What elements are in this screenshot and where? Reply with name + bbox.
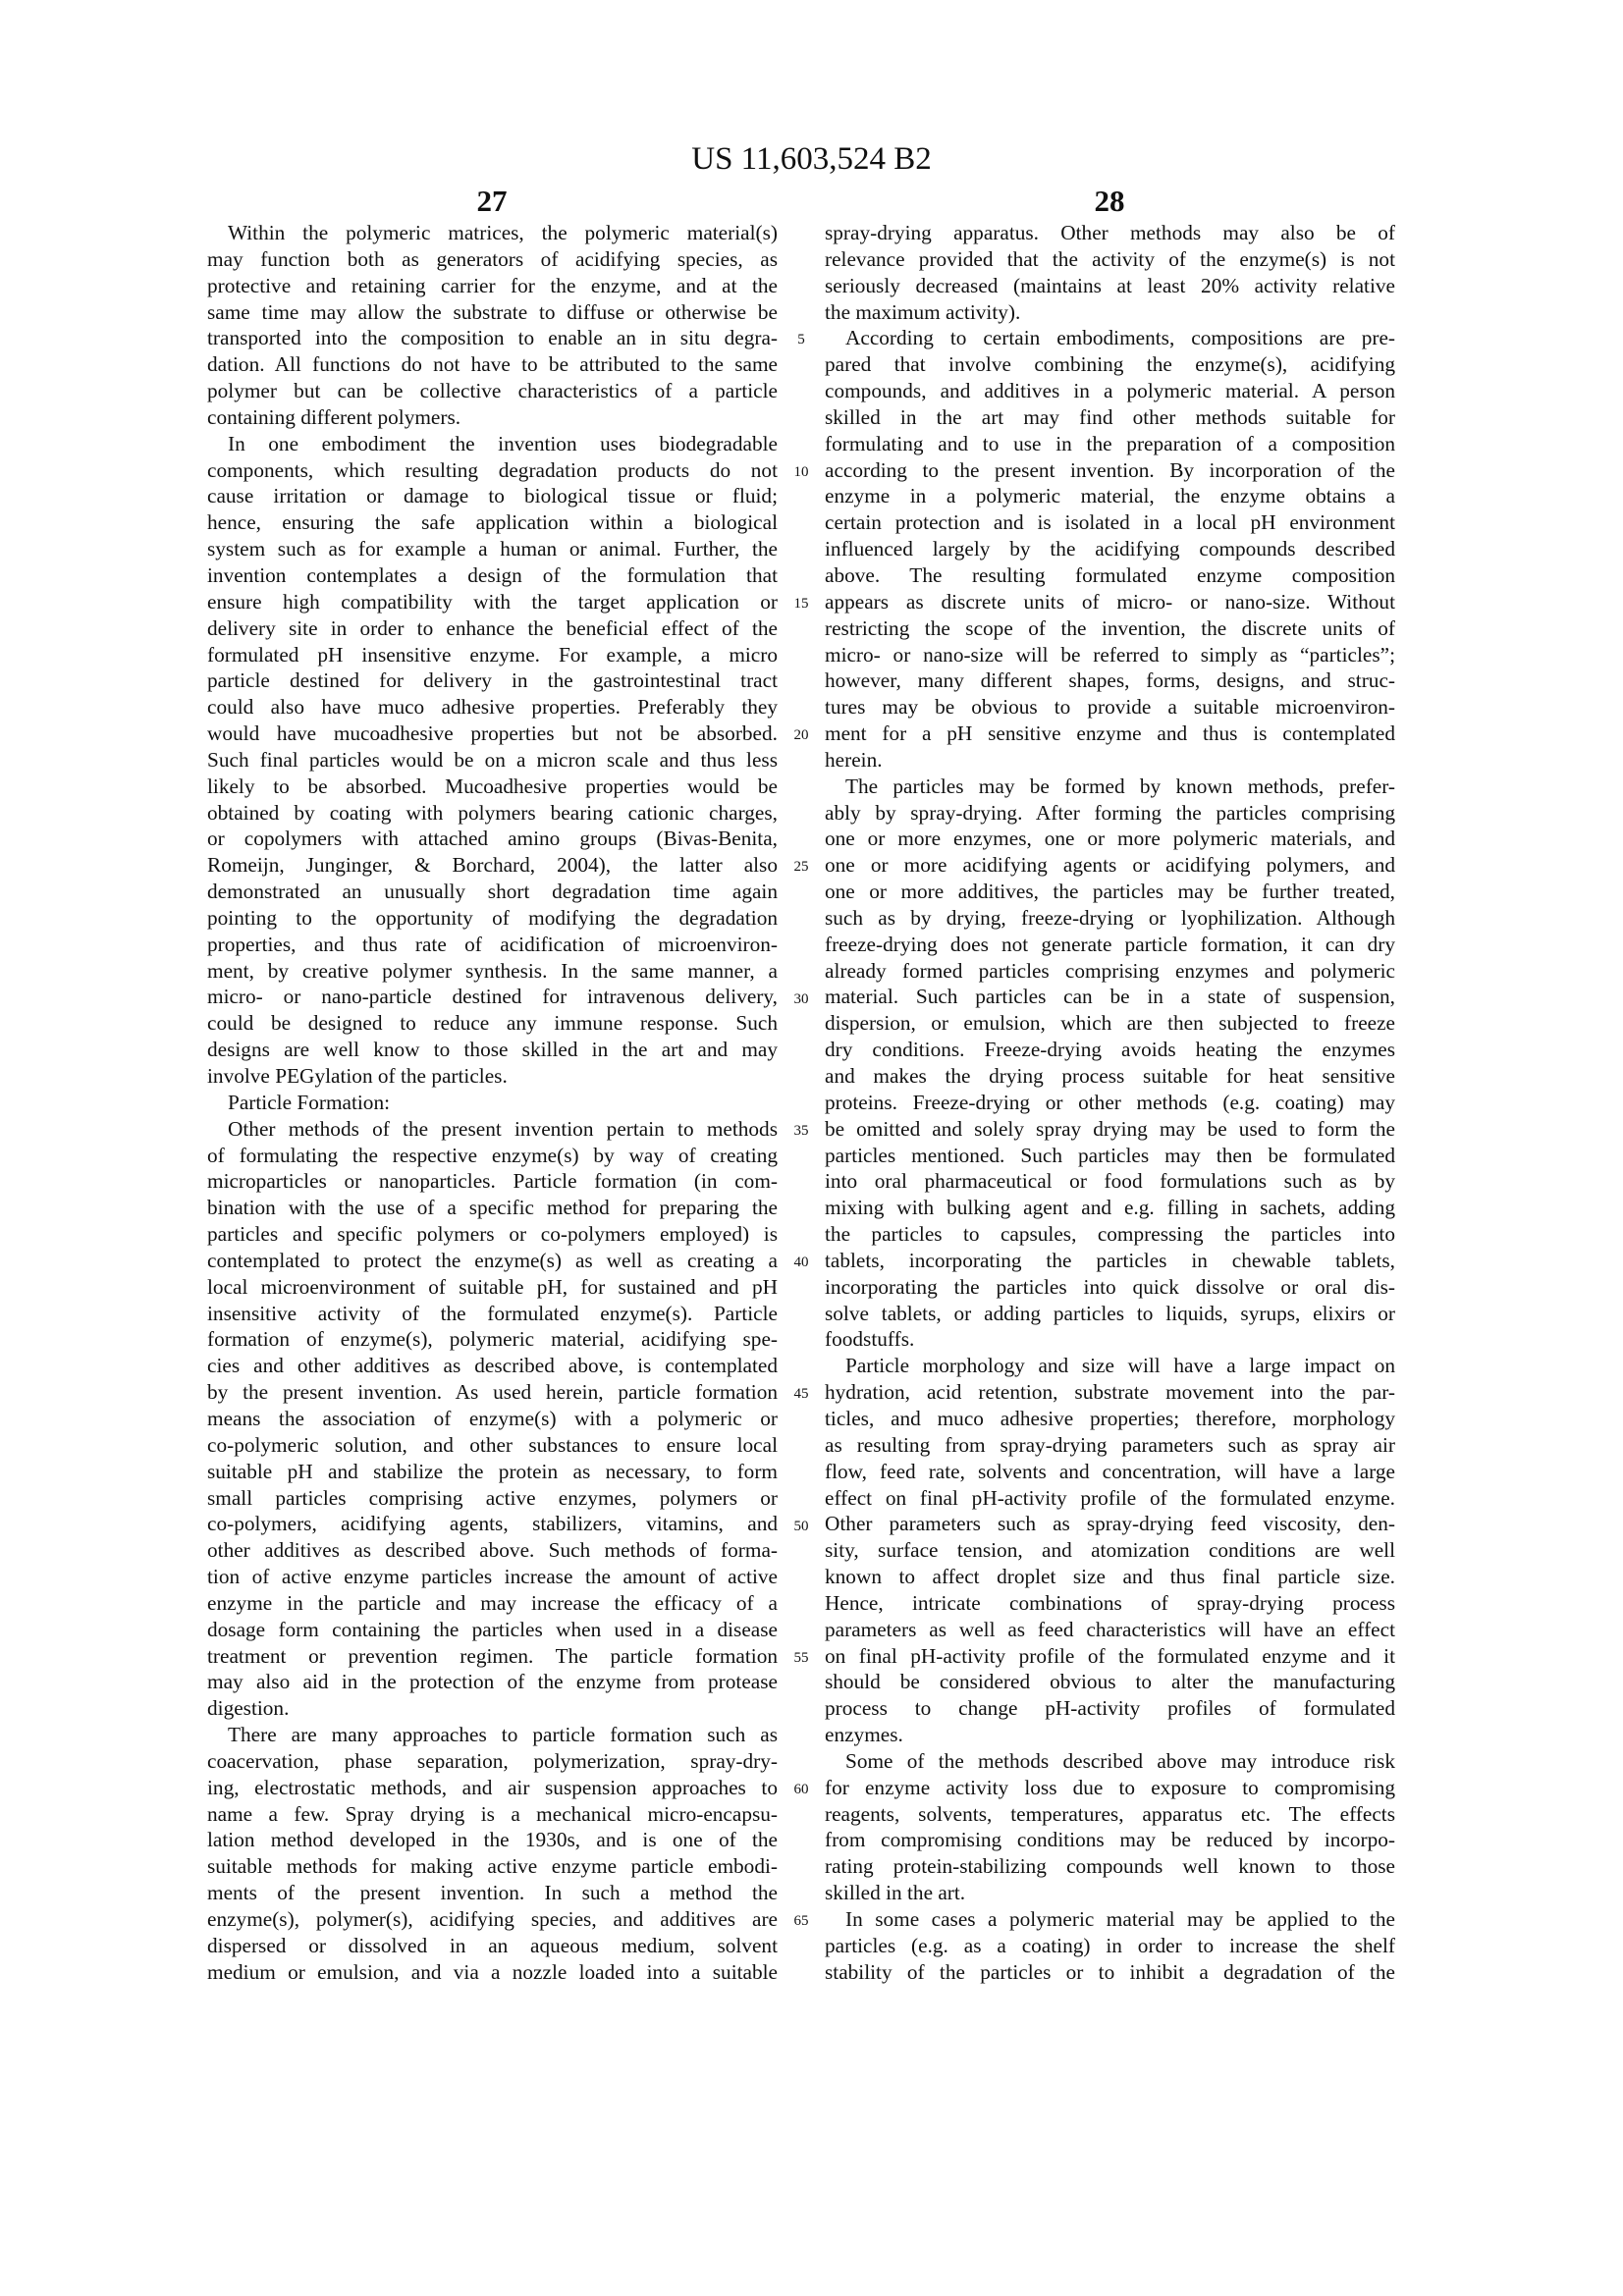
text-line: dispersed or dissolved in an aqueous med… — [207, 1933, 778, 1959]
text-line: tablets, incorporating the particles in … — [825, 1248, 1395, 1274]
text-line: Other parameters such as spray-drying fe… — [825, 1511, 1395, 1537]
column-number-left: 27 — [394, 183, 590, 220]
text-line: known to affect droplet size and thus fi… — [825, 1564, 1395, 1590]
text-line: treatment or prevention regimen. The par… — [207, 1643, 778, 1670]
text-line: demonstrated an unusually short degradat… — [207, 879, 778, 905]
text-line: In one embodiment the invention uses bio… — [207, 431, 778, 457]
text-line: means the association of enzyme(s) with … — [207, 1406, 778, 1432]
text-line: The particles may be formed by known met… — [825, 774, 1395, 800]
text-line: on final pH-activity profile of the form… — [825, 1643, 1395, 1670]
text-line: ticles, and muco adhesive properties; th… — [825, 1406, 1395, 1432]
text-line: skilled in the art may find other method… — [825, 404, 1395, 431]
text-line: obtained by coating with polymers bearin… — [207, 800, 778, 827]
text-line: according to the present invention. By i… — [825, 457, 1395, 484]
text-line: be omitted and solely spray drying may b… — [825, 1116, 1395, 1143]
column-number-right: 28 — [1011, 183, 1208, 220]
text-line: enzyme in a polymeric material, the enzy… — [825, 483, 1395, 509]
text-line: Romeijn, Junginger, & Borchard, 2004), t… — [207, 852, 778, 879]
text-line: reagents, solvents, temperatures, appara… — [825, 1801, 1395, 1828]
line-number: 20 — [782, 722, 821, 749]
text-line: delivery site in order to enhance the be… — [207, 615, 778, 642]
text-line: dation. All functions do not have to be … — [207, 351, 778, 378]
line-number: 10 — [782, 459, 821, 486]
text-line: local microenvironment of suitable pH, f… — [207, 1274, 778, 1301]
text-line: dry conditions. Freeze-drying avoids hea… — [825, 1037, 1395, 1063]
text-line: parameters as well as feed characteristi… — [825, 1617, 1395, 1643]
line-number: 50 — [782, 1514, 821, 1540]
text-line: same time may allow the substrate to dif… — [207, 299, 778, 326]
text-line: pared that involve combining the enzyme(… — [825, 351, 1395, 378]
text-line: hydration, acid retention, substrate mov… — [825, 1379, 1395, 1406]
text-line: rating protein-stabilizing compounds wel… — [825, 1853, 1395, 1880]
text-line: protective and retaining carrier for the… — [207, 273, 778, 299]
text-line: compounds, and additives in a polymeric … — [825, 378, 1395, 404]
text-line: skilled in the art. — [825, 1880, 1395, 1906]
text-line: particles (e.g. as a coating) in order t… — [825, 1933, 1395, 1959]
text-line: cies and other additives as described ab… — [207, 1353, 778, 1379]
text-line: should be considered obvious to alter th… — [825, 1669, 1395, 1695]
text-line: by the present invention. As used herein… — [207, 1379, 778, 1406]
line-number: 55 — [782, 1645, 821, 1672]
text-line: the maximum activity). — [825, 299, 1395, 326]
text-line: suitable methods for making active enzym… — [207, 1853, 778, 1880]
text-line: of formulating the respective enzyme(s) … — [207, 1143, 778, 1169]
text-line: may also aid in the protection of the en… — [207, 1669, 778, 1695]
line-number: 25 — [782, 854, 821, 881]
text-line: ing, electrostatic methods, and air susp… — [207, 1775, 778, 1801]
text-line: likely to be absorbed. Mucoadhesive prop… — [207, 774, 778, 800]
text-line: tures may be obvious to provide a suitab… — [825, 694, 1395, 721]
text-line: system such as for example a human or an… — [207, 536, 778, 562]
text-line: spray-drying apparatus. Other methods ma… — [825, 220, 1395, 246]
right-text-column: spray-drying apparatus. Other methods ma… — [825, 220, 1395, 1986]
text-line: formulated pH insensitive enzyme. For ex… — [207, 642, 778, 668]
text-line: formation of enzyme(s), polymeric materi… — [207, 1326, 778, 1353]
text-line: Such final particles would be on a micro… — [207, 747, 778, 774]
text-line: process to change pH-activity profiles o… — [825, 1695, 1395, 1722]
text-line: According to certain embodiments, compos… — [825, 325, 1395, 351]
text-line: components, which resulting degradation … — [207, 457, 778, 484]
text-line: flow, feed rate, solvents and concentrat… — [825, 1459, 1395, 1485]
text-line: contemplated to protect the enzyme(s) as… — [207, 1248, 778, 1274]
text-line: In some cases a polymeric material may b… — [825, 1906, 1395, 1933]
line-number: 5 — [782, 327, 821, 353]
text-line: enzyme in the particle and may increase … — [207, 1590, 778, 1617]
text-line: appears as discrete units of micro- or n… — [825, 589, 1395, 615]
text-line: relevance provided that the activity of … — [825, 246, 1395, 273]
text-line: dosage form containing the particles whe… — [207, 1617, 778, 1643]
line-number: 40 — [782, 1250, 821, 1276]
text-line: Some of the methods described above may … — [825, 1748, 1395, 1775]
text-line: foodstuffs. — [825, 1326, 1395, 1353]
text-line: There are many approaches to particle fo… — [207, 1722, 778, 1748]
text-line: hence, ensuring the safe application wit… — [207, 509, 778, 536]
text-line: designs are well know to those skilled i… — [207, 1037, 778, 1063]
text-line: stability of the particles or to inhibit… — [825, 1959, 1395, 1986]
text-line: one or more acidifying agents or acidify… — [825, 852, 1395, 879]
text-line: co-polymeric solution, and other substan… — [207, 1432, 778, 1459]
text-line: sity, surface tension, and atomization c… — [825, 1537, 1395, 1564]
text-line: influenced largely by the acidifying com… — [825, 536, 1395, 562]
text-line: tion of active enzyme particles increase… — [207, 1564, 778, 1590]
text-line: proteins. Freeze-drying or other methods… — [825, 1090, 1395, 1116]
text-line: coacervation, phase separation, polymeri… — [207, 1748, 778, 1775]
text-line: bination with the use of a specific meth… — [207, 1195, 778, 1221]
text-line: such as by drying, freeze-drying or lyop… — [825, 905, 1395, 932]
text-line: containing different polymers. — [207, 404, 778, 431]
text-line: medium or emulsion, and via a nozzle loa… — [207, 1959, 778, 1986]
patent-number-header: US 11,603,524 B2 — [0, 139, 1623, 179]
text-line: involve PEGylation of the particles. — [207, 1063, 778, 1090]
text-line: ments of the present invention. In such … — [207, 1880, 778, 1906]
text-line: ensure high compatibility with the targe… — [207, 589, 778, 615]
text-line: enzyme(s), polymer(s), acidifying specie… — [207, 1906, 778, 1933]
text-line: as resulting from spray-drying parameter… — [825, 1432, 1395, 1459]
line-number: 35 — [782, 1118, 821, 1145]
text-line: properties, and thus rate of acidificati… — [207, 932, 778, 958]
text-line: insensitive activity of the formulated e… — [207, 1301, 778, 1327]
text-line: solve tablets, or adding particles to li… — [825, 1301, 1395, 1327]
text-line: particle destined for delivery in the ga… — [207, 667, 778, 694]
line-number: 15 — [782, 591, 821, 617]
text-line: particles and specific polymers or co-po… — [207, 1221, 778, 1248]
text-line: pointing to the opportunity of modifying… — [207, 905, 778, 932]
text-line: ably by spray-drying. After forming the … — [825, 800, 1395, 827]
text-line: cause irritation or damage to biological… — [207, 483, 778, 509]
text-line: for enzyme activity loss due to exposure… — [825, 1775, 1395, 1801]
text-line: and makes the drying process suitable fo… — [825, 1063, 1395, 1090]
text-line: suitable pH and stabilize the protein as… — [207, 1459, 778, 1485]
line-number: 45 — [782, 1381, 821, 1408]
text-line: mixing with bulking agent and e.g. filli… — [825, 1195, 1395, 1221]
text-line: transported into the composition to enab… — [207, 325, 778, 351]
text-line: however, many different shapes, forms, d… — [825, 667, 1395, 694]
text-line: formulating and to use in the preparatio… — [825, 431, 1395, 457]
text-line: name a few. Spray drying is a mechanical… — [207, 1801, 778, 1828]
text-line: into oral pharmaceutical or food formula… — [825, 1168, 1395, 1195]
text-line: ment for a pH sensitive enzyme and thus … — [825, 721, 1395, 747]
line-number: 65 — [782, 1908, 821, 1935]
text-line: enzymes. — [825, 1722, 1395, 1748]
line-number: 60 — [782, 1777, 821, 1803]
text-line: lation method developed in the 1930s, an… — [207, 1827, 778, 1853]
text-line: ment, by creative polymer synthesis. In … — [207, 958, 778, 985]
text-line: restricting the scope of the invention, … — [825, 615, 1395, 642]
text-line: effect on final pH-activity profile of t… — [825, 1485, 1395, 1512]
text-line: polymer but can be collective characteri… — [207, 378, 778, 404]
text-line: or copolymers with attached amino groups… — [207, 826, 778, 852]
text-line: seriously decreased (maintains at least … — [825, 273, 1395, 299]
text-line: other additives as described above. Such… — [207, 1537, 778, 1564]
text-line: invention contemplates a design of the f… — [207, 562, 778, 589]
text-line: material. Such particles can be in a sta… — [825, 984, 1395, 1010]
text-line: small particles comprising active enzyme… — [207, 1485, 778, 1512]
text-line: could also have muco adhesive properties… — [207, 694, 778, 721]
text-line: the particles to capsules, compressing t… — [825, 1221, 1395, 1248]
text-line: above. The resulting formulated enzyme c… — [825, 562, 1395, 589]
line-number: 30 — [782, 987, 821, 1013]
text-line: micro- or nano-size will be referred to … — [825, 642, 1395, 668]
text-line: may function both as generators of acidi… — [207, 246, 778, 273]
text-line: dispersion, or emulsion, which are then … — [825, 1010, 1395, 1037]
text-line: already formed particles comprising enzy… — [825, 958, 1395, 985]
text-line: particles mentioned. Such particles may … — [825, 1143, 1395, 1169]
text-line: Hence, intricate combinations of spray-d… — [825, 1590, 1395, 1617]
text-line: Other methods of the present invention p… — [207, 1116, 778, 1143]
text-line: certain protection and is isolated in a … — [825, 509, 1395, 536]
text-line: from compromising conditions may be redu… — [825, 1827, 1395, 1853]
text-line: freeze-drying does not generate particle… — [825, 932, 1395, 958]
section-heading: Particle Formation: — [207, 1090, 778, 1116]
left-text-column: Within the polymeric matrices, the polym… — [207, 220, 778, 1986]
text-line: microparticles or nanoparticles. Particl… — [207, 1168, 778, 1195]
text-line: co-polymers, acidifying agents, stabiliz… — [207, 1511, 778, 1537]
text-line: herein. — [825, 747, 1395, 774]
text-line: micro- or nano-particle destined for int… — [207, 984, 778, 1010]
text-line: Within the polymeric matrices, the polym… — [207, 220, 778, 246]
text-line: digestion. — [207, 1695, 778, 1722]
text-line: one or more additives, the particles may… — [825, 879, 1395, 905]
text-line: could be designed to reduce any immune r… — [207, 1010, 778, 1037]
text-line: Particle morphology and size will have a… — [825, 1353, 1395, 1379]
text-line: incorporating the particles into quick d… — [825, 1274, 1395, 1301]
text-line: one or more enzymes, one or more polymer… — [825, 826, 1395, 852]
text-line: would have mucoadhesive properties but n… — [207, 721, 778, 747]
